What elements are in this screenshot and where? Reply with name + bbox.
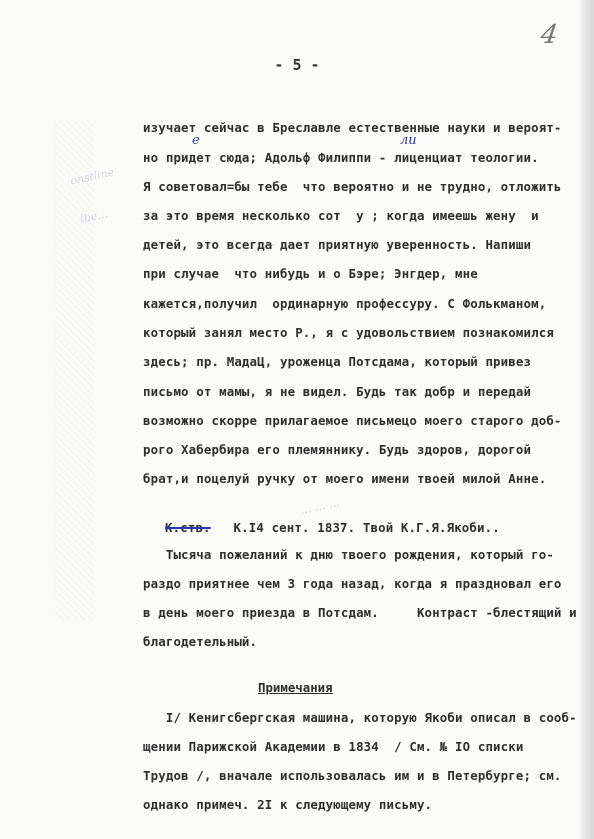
body-line: который занял место Р., я с удовольствие… [143, 325, 554, 340]
document-page: onstline lbe… ~ … ~ … … … … 4 - 5 - изуч… [0, 0, 594, 839]
note-line: однако примеч. 2I к следующему письму. [143, 797, 432, 812]
body-line: Я советовал=бы тебе что вероятно и не тр… [143, 179, 562, 194]
note-line: щении Парижской Академии в 1834 / См. № … [143, 739, 524, 754]
body-line: письмо от мамы, я не видел. Будь так доб… [143, 384, 531, 399]
note-line: Трудов /, вначале использовалась им и в … [143, 768, 562, 783]
notes-heading: Примечания [258, 680, 333, 695]
scan-edge-shadow [580, 0, 594, 839]
postscript-line: раздо приятнее чем 3 года назад, когда я… [143, 576, 562, 591]
body-line: брат,и поцелуй ручку от моего имени твое… [143, 471, 546, 486]
postscript-line: в день моего приезда в Потсдам. Контраст… [143, 605, 577, 620]
body-line: но придет сюда; Адольф Филиппи - лиценци… [143, 150, 539, 165]
body-line: здесь; пр. МадаЦ, уроженца Потсдама, кот… [143, 354, 531, 369]
handwritten-correction: ли [400, 133, 417, 148]
body-line: рого Хабербира его племяннику. Будь здор… [143, 442, 531, 457]
body-line: за это время несколько сот у ; когда име… [143, 208, 539, 223]
postscript-line: благодетельный. [143, 634, 257, 649]
signature-line: К.ств. К.I4 сент. 1837. Твой К.Г.Я.Якоби… [165, 520, 500, 535]
handwritten-correction: е [192, 133, 200, 148]
signature-text: К.I4 сент. 1837. Твой К.Г.Я.Якоби.. [234, 520, 500, 535]
page-number: - 5 - [0, 56, 594, 74]
folio-number-handwritten: 4 [539, 20, 560, 50]
body-line: изучает сейчас в Бреславле естественные … [143, 120, 562, 135]
note-line: I/ Кенигсбергская машина, которую Якоби … [143, 710, 577, 725]
bleed-through-text: … … … [299, 496, 341, 517]
body-line: детей, это всегда дает приятную уверенно… [143, 237, 531, 252]
body-line: при случае что нибудь и о Бэре; Энгдер, … [143, 266, 478, 281]
struck-text: К.ств. [165, 520, 211, 535]
body-line: возможно скорре прилагаемое письмецо мое… [143, 413, 562, 428]
body-line: кажется,получил ординарную профессуру. С… [143, 296, 546, 311]
postscript-line: Тысяча пожеланий к дню твоего рождения, … [143, 547, 554, 562]
scan-noise [55, 120, 95, 620]
